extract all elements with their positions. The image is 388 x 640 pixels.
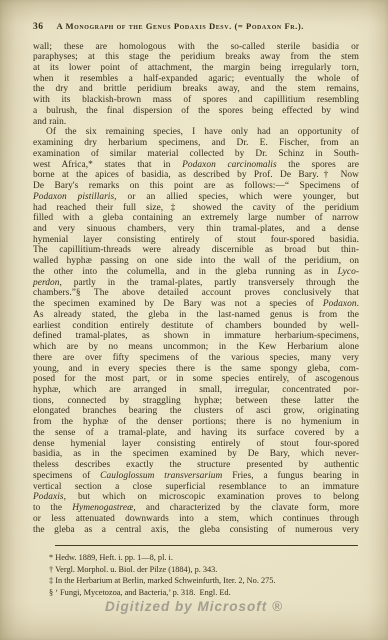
text-line: dense hymenial layer consisting entirely… <box>33 439 359 450</box>
text-line: young, and in every species there is the… <box>33 364 359 375</box>
text-line: basidia, as in the specimen examined by … <box>33 449 359 460</box>
text-line: and rain. <box>33 117 359 128</box>
text-line: from the hyphæ of the denser portions; t… <box>33 417 359 428</box>
text-line: had reached their full size,‡ showed the… <box>33 203 359 214</box>
text-line: defined tramal-plates, as shown in immat… <box>33 331 359 342</box>
text-line: elongated branches bearing the clusters … <box>33 406 359 417</box>
text-line: earliest condition entirely destitute of… <box>33 321 359 332</box>
text-line: posed for the most part, or in some spec… <box>33 374 359 385</box>
text-line: specimens of Cauloglossum transversarium… <box>33 471 359 482</box>
text-line: the gleba as a central axis, the gleba c… <box>33 525 359 536</box>
text-line: borne at the apices of basidia, as descr… <box>33 170 359 181</box>
text-line: with its blackish-brown mass of spores a… <box>33 95 359 106</box>
text-line: a bulrush, the final dispersion of the s… <box>33 106 359 117</box>
body-text: wall; these are homologous with the so-c… <box>33 42 359 536</box>
text-line: hymenial layer consisting entirely of st… <box>33 235 359 246</box>
text-line: Podaxon pistillaris, or an allied specie… <box>33 192 359 203</box>
footnote: † Vergl. Morphol. u. Biol. der Pilze (18… <box>49 564 369 576</box>
text-line: examining dry herbarium specimens, and D… <box>33 138 359 149</box>
text-line: vertical section a close superficial res… <box>33 482 359 493</box>
digitization-watermark: Digitized by Microsoft ® <box>0 599 388 614</box>
text-line: at its lower point of attachment, the ma… <box>33 63 359 74</box>
footnote: * Hedw. 1889, Heft. i. pp. 1—8, pl. i. <box>49 552 369 564</box>
footnote: § ‘ Fungi, Mycetozoa, and Bacteria,’ p. … <box>49 587 369 599</box>
text-line: walled hyphæ passing on one side into th… <box>33 256 359 267</box>
text-line: the other into the columella, and in the… <box>33 267 359 278</box>
text-line: there are over fifty specimens of the va… <box>33 353 359 364</box>
text-line: paraphyses; at this stage the peridium b… <box>33 52 359 63</box>
footnotes: * Hedw. 1889, Heft. i. pp. 1—8, pl. i.† … <box>49 552 369 598</box>
text-line: filled with a gleba containing an extrem… <box>33 213 359 224</box>
text-line: chambers.”§ The above detailed account p… <box>33 288 359 299</box>
text-line: to the Hymenogastreæ, and characterized … <box>33 503 359 514</box>
text-line: tions, connected by straggling hyphæ; be… <box>33 396 359 407</box>
text-line: Of the six remaining species, I have onl… <box>33 127 359 138</box>
text-line: As already stated, the gleba in the last… <box>33 310 359 321</box>
text-line: which are by no means uncommon; in the K… <box>33 342 359 353</box>
text-line: the sense of a tramal-plate, and having … <box>33 428 359 439</box>
text-line: wall; these are homologous with the so-c… <box>33 42 359 53</box>
text-line: or less attenuated downwards into a stem… <box>33 514 359 525</box>
text-line: when it resembles a half-expanded agaric… <box>33 74 359 85</box>
scanned-book-page: 36 A Monograph of the Genus Podaxis Desv… <box>0 0 388 640</box>
page-header: 36 A Monograph of the Genus Podaxis Desv… <box>33 21 362 32</box>
footnote: ‡ In the Herbarium at Berlin, marked Sch… <box>49 575 369 587</box>
text-line: the dry and brittle peridium breaks away… <box>33 84 359 95</box>
text-line: The capillitium-threads were already dis… <box>33 245 359 256</box>
text-line: theless describes exactly the structure … <box>33 460 359 471</box>
page-number: 36 <box>33 22 44 32</box>
text-line: examination of similar material collecte… <box>33 149 359 160</box>
text-line: hyphæ, which are arranged in small, irre… <box>33 385 359 396</box>
text-line: west Africa,* states that in Podaxon car… <box>33 160 359 171</box>
running-title: A Monograph of the Genus Podaxis Desv. (… <box>57 21 304 31</box>
footnote-rule <box>55 545 358 546</box>
text-line: De Bary's remarks on this point are as f… <box>33 181 359 192</box>
text-line: Podaxis, but which on microscopic examin… <box>33 492 359 503</box>
text-line: and very sinuous chambers, very thin tra… <box>33 224 359 235</box>
text-line: perdon, partly in the tramal-plates, par… <box>33 278 359 289</box>
text-line: the specimen examined by De Bary was not… <box>33 299 359 310</box>
